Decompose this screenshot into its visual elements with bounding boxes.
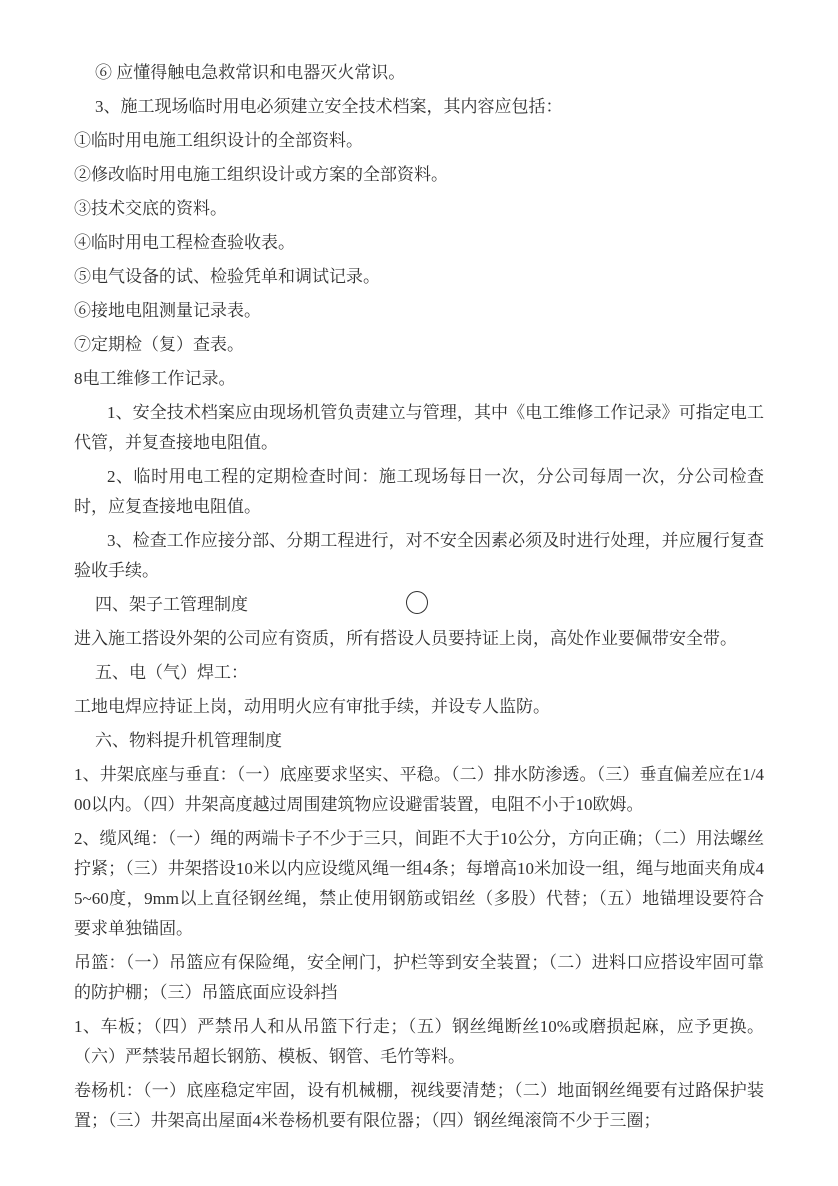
- heading-welder: 五、电（气）焊工：: [74, 658, 764, 688]
- para-archive-item-8: 8电工维修工作记录。: [74, 364, 764, 394]
- para-archive-rule-3: 3、检查工作应接分部、分期工程进行，对不安全因素必须及时进行处理，并应履行复查验…: [74, 526, 764, 586]
- document-page: ⑥ 应懂得触电急救常识和电器灭火常识。 3、施工现场临时用电必须建立安全技术档案…: [0, 0, 838, 1186]
- para-archive-item-7: ⑦定期检（复）查表。: [74, 330, 764, 360]
- para-archive-requirement: 3、施工现场临时用电必须建立安全技术档案，其内容应包括：: [74, 92, 764, 122]
- para-cable-wind-rope: 2、缆风绳：（一）绳的两端卡子不少于三只，间距不大于10公分，方向正确；（二）用…: [74, 824, 764, 944]
- para-winch: 卷杨机：（一）底座稳定牢固，设有机械棚，视线要清楚；（二）地面钢丝绳要有过路保护…: [74, 1076, 764, 1136]
- circle-icon: [406, 591, 428, 614]
- heading-scaffolder-management: 四、架子工管理制度: [74, 590, 764, 620]
- para-scaffolder-rule: 进入施工搭设外架的公司应有资质，所有搭设人员要持证上岗，高处作业要佩带安全带。: [74, 624, 764, 654]
- para-archive-rule-1: 1、安全技术档案应由现场机管负责建立与管理，其中《电工维修工作记录》可指定电工代…: [74, 398, 764, 458]
- para-hanging-basket: 吊篮：（一）吊篮应有保险绳，安全闸门，护栏等到安全装置；（二）进料口应搭设牢固可…: [74, 948, 764, 1008]
- para-archive-item-6: ⑥接地电阻测量记录表。: [74, 296, 764, 326]
- para-hoist-base: 1、井架底座与垂直：（一）底座要求坚实、平稳。（二）排水防渗透。（三）垂直偏差应…: [74, 760, 764, 820]
- para-archive-item-2: ②修改临时用电施工组织设计或方案的全部资料。: [74, 160, 764, 190]
- para-archive-item-4: ④临时用电工程检查验收表。: [74, 228, 764, 258]
- para-cart-board: 1、车板；（四）严禁吊人和从吊篮下行走；（五）钢丝绳断丝10%或磨损起麻，应予更…: [74, 1012, 764, 1072]
- para-archive-item-3: ③技术交底的资料。: [74, 194, 764, 224]
- para-welder-rule: 工地电焊应持证上岗，动用明火应有审批手续，并设专人监防。: [74, 692, 764, 722]
- para-archive-item-5: ⑤电气设备的试、检验凭单和调试记录。: [74, 262, 764, 292]
- para-rescue-knowledge: ⑥ 应懂得触电急救常识和电器灭火常识。: [74, 58, 764, 88]
- heading-material-hoist-management: 六、物料提升机管理制度: [74, 726, 764, 756]
- para-archive-rule-2: 2、临时用电工程的定期检查时间：施工现场每日一次，分公司每周一次，分公司检查时，…: [74, 462, 764, 522]
- heading-scaffolder-management-text: 四、架子工管理制度: [95, 595, 248, 614]
- para-archive-item-1: ①临时用电施工组织设计的全部资料。: [74, 126, 764, 156]
